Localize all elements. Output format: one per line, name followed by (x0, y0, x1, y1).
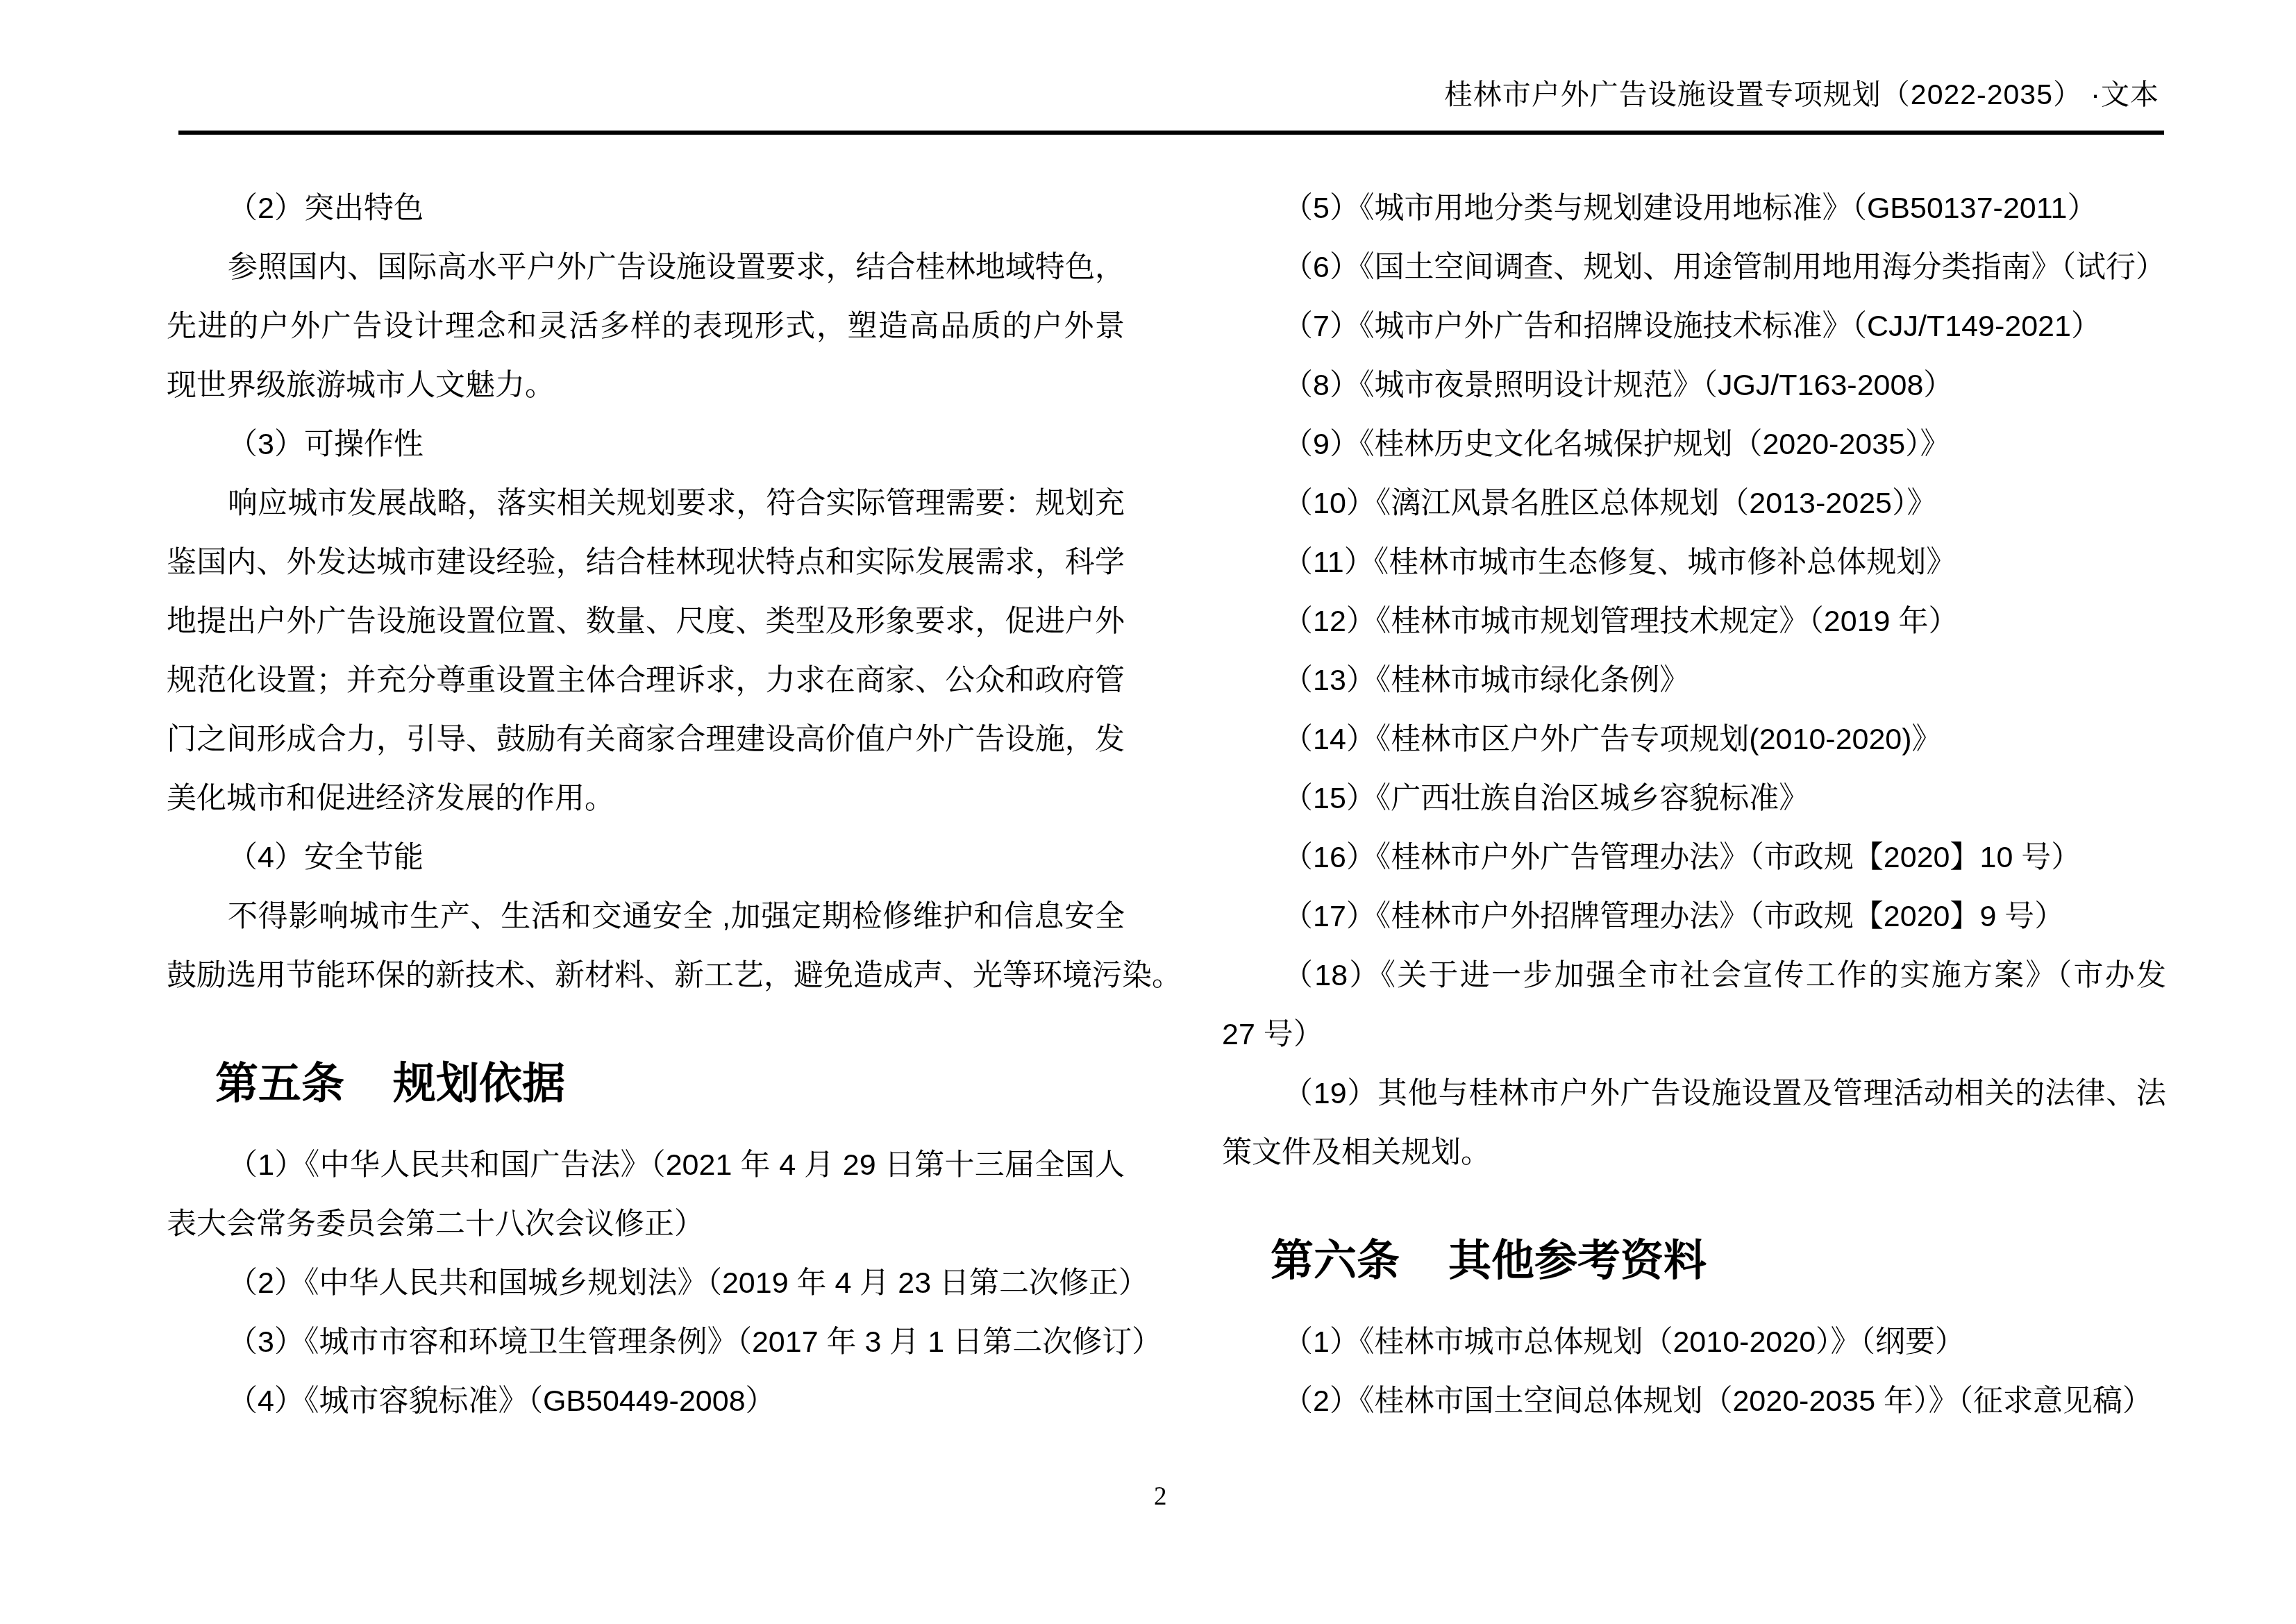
text-line: （10）《漓江风景名胜区总体规划（2013-2025）》 (1222, 474, 2166, 533)
text-line: （2）突出特色 (167, 179, 1125, 238)
text-line: （18）《关于进一步加强全市社会宣传工作的实施方案》（市办发〔2018〕 (1222, 946, 2166, 1005)
header-rule (178, 131, 2164, 135)
text-line: （1）《中华人民共和国广告法》（2021 年 4 月 29 日第十三届全国人民代 (167, 1136, 1125, 1195)
text-line: 27 号） (1222, 1005, 2166, 1064)
text-line: （16）《桂林市户外广告管理办法》（市政规【2020】10 号） (1222, 828, 2166, 887)
text-line: （4）安全节能 (167, 828, 1125, 887)
text-line: （19）其他与桂林市户外广告设施设置及管理活动相关的法律、法规、政 (1222, 1064, 2166, 1123)
page-header-title: 桂林市户外广告设施设置专项规划（2022-2035） ·文本 (1444, 74, 2159, 115)
text-line: 响应城市发展战略，落实相关规划要求，符合实际管理需要：规划充分借 (167, 474, 1125, 533)
right-column: （5）《城市用地分类与规划建设用地标准》（GB50137-2011） （6）《国… (1222, 179, 2166, 1431)
text-line: （8）《城市夜景照明设计规范》（JGJ/T163-2008） (1222, 356, 2166, 415)
text-line: （12）《桂林市城市规划管理技术规定》（2019 年） (1222, 592, 2166, 651)
text-line: 先进的户外广告设计理念和灵活多样的表现形式，塑造高品质的户外景观，展 (167, 297, 1125, 356)
text-line: （9）《桂林历史文化名城保护规划（2020-2035）》 (1222, 415, 2166, 474)
document-page: 桂林市户外广告设施设置专项规划（2022-2035） ·文本 （2）突出特色 参… (0, 0, 2296, 1624)
text-line: （11）《桂林市城市生态修复、城市修补总体规划》 (1222, 533, 2166, 592)
text-line: 规范化设置；并充分尊重设置主体合理诉求，力求在商家、公众和政府管理部 (167, 651, 1125, 710)
text-line: 表大会常务委员会第二十八次会议修正） (167, 1195, 1125, 1254)
article-title: 其他参考资料 (1448, 1237, 1707, 1285)
text-line: （14）《桂林市区户外广告专项规划(2010-2020)》 (1222, 710, 2166, 769)
article-number: 第五条 (215, 1060, 344, 1108)
text-line: （13）《桂林市城市绿化条例》 (1222, 651, 2166, 710)
text-line: （15）《广西壮族自治区城乡容貌标准》 (1222, 769, 2166, 828)
text-line: 美化城市和促进经济发展的作用。 (167, 769, 1125, 828)
text-line: （2）《桂林市国土空间总体规划（2020-2035 年）》（征求意见稿） (1222, 1372, 2166, 1431)
text-line: 门之间形成合力，引导、鼓励有关商家合理建设高价值户外广告设施，发挥其 (167, 710, 1125, 769)
text-line: 鼓励选用节能环保的新技术、新材料、新工艺，避免造成声、光等环境污染。 (167, 946, 1125, 1005)
text-line: （2）《中华人民共和国城乡规划法》（2019 年 4 月 23 日第二次修正） (167, 1254, 1125, 1313)
left-column: （2）突出特色 参照国内、国际高水平户外广告设施设置要求，结合桂林地域特色，提倡… (167, 179, 1125, 1431)
text-line: 不得影响城市生产、生活和交通安全 ,加强定期检修维护和信息安全自查， (167, 887, 1125, 946)
article-number: 第六条 (1271, 1237, 1400, 1285)
text-line: 策文件及相关规划。 (1222, 1123, 2166, 1182)
text-line: （6）《国土空间调查、规划、用途管制用地用海分类指南》（试行） (1222, 238, 2166, 297)
text-line: 参照国内、国际高水平户外广告设施设置要求，结合桂林地域特色，提倡 (167, 238, 1125, 297)
text-line: 地提出户外广告设施设置位置、数量、尺度、类型及形象要求，促进户外广告 (167, 592, 1125, 651)
page-number: 2 (1154, 1482, 1167, 1512)
article-5-heading: 第五条规划依据 (167, 1046, 1125, 1123)
text-line: （17）《桂林市户外招牌管理办法》（市政规【2020】9 号） (1222, 887, 2166, 946)
text-line: （1）《桂林市城市总体规划（2010-2020）》（纲要） (1222, 1313, 2166, 1372)
text-line: 鉴国内、外发达城市建设经验，结合桂林现状特点和实际发展需求，科学合理 (167, 533, 1125, 592)
article-6-heading: 第六条其他参考资料 (1222, 1223, 2166, 1300)
text-line: （5）《城市用地分类与规划建设用地标准》（GB50137-2011） (1222, 179, 2166, 238)
text-line: （4）《城市容貌标准》（GB50449-2008） (167, 1372, 1125, 1431)
text-line: （7）《城市户外广告和招牌设施技术标准》（CJJ/T149-2021） (1222, 297, 2166, 356)
text-line: 现世界级旅游城市人文魅力。 (167, 356, 1125, 415)
article-title: 规划依据 (393, 1060, 565, 1108)
text-line: （3）可操作性 (167, 415, 1125, 474)
text-line: （3）《城市市容和环境卫生管理条例》（2017 年 3 月 1 日第二次修订） (167, 1313, 1125, 1372)
